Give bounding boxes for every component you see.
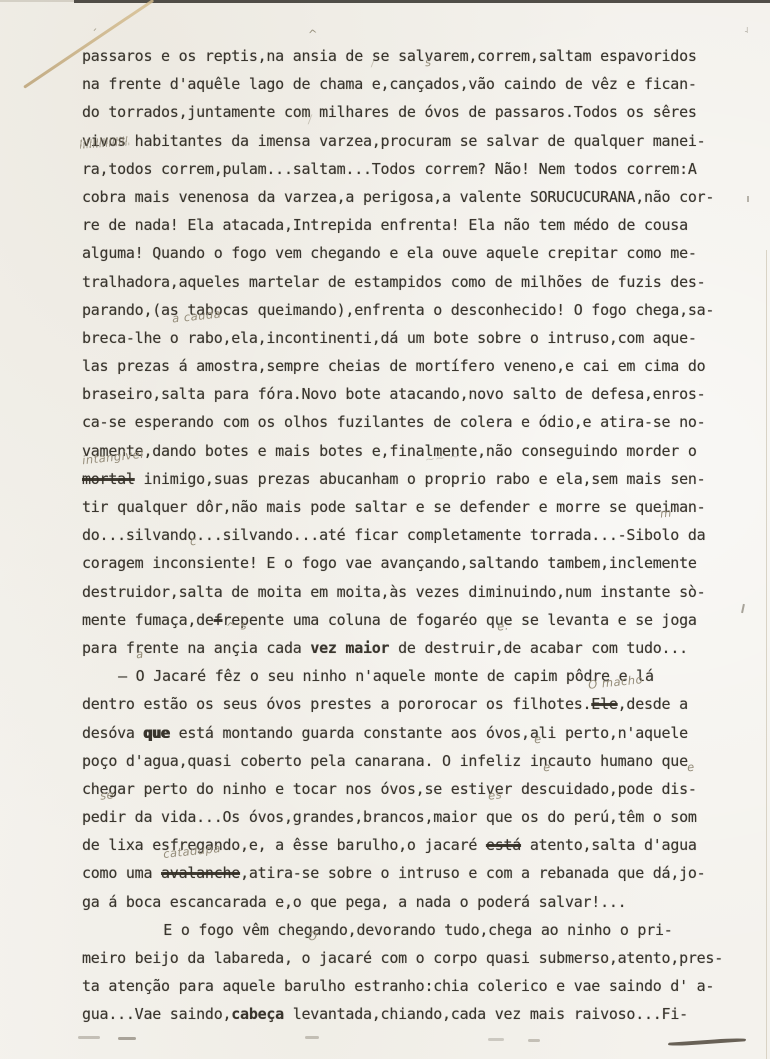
smudge-mark	[305, 1036, 319, 1039]
typed-text: re de nada! Ela atacada,Intrepida enfren…	[82, 216, 688, 234]
text-line: re de nada! Ela atacada,Intrepida enfren…	[82, 211, 758, 239]
typed-text: ca-se esperando com os olhos fuzilantes …	[82, 413, 705, 431]
pencil-annotation: ^	[307, 28, 318, 41]
text-line: vivos habitantes da imensa varzea,procur…	[82, 127, 758, 155]
typed-text: levantada,chiando,cada vez mais raivoso.…	[284, 1005, 688, 1023]
typed-text: destruidor,salta de moita em moita,às ve…	[82, 583, 705, 601]
typed-text: cobra mais venenosa da varzea,a perigosa…	[82, 188, 714, 206]
bottom-ink-stroke	[668, 1037, 746, 1046]
typed-text: está montando guarda constante aos óvos,…	[170, 724, 688, 742]
smudge-mark	[78, 1036, 100, 1039]
typed-text: de lixa esfregando,e, a êsse barulho,o j…	[82, 836, 486, 854]
text-line: — O Jacaré fêz o seu ninho n'aquele mont…	[82, 662, 758, 690]
pencil-annotation: ´	[90, 28, 97, 41]
pencil-annotation: c	[190, 535, 198, 548]
typed-text: gua...Vae saindo,	[82, 1005, 231, 1023]
typed-text: alguma! Quando o fogo vem chegando e ela…	[82, 244, 697, 262]
typed-text: como uma	[82, 864, 161, 882]
typed-text: repente uma coluna de fogaréo que se lev…	[223, 611, 697, 629]
typed-text: tir qualquer dôr,não mais pode saltar e …	[82, 498, 705, 516]
text-line: poço d'agua,quasi coberto pela canarana.…	[82, 747, 758, 775]
struck-word: f	[214, 611, 223, 629]
typed-text: do torrados,juntamente com milhares de ó…	[82, 103, 697, 121]
typed-text: desóva	[82, 724, 143, 742]
typewritten-text: passaros e os reptis,na ansia de se salv…	[82, 42, 758, 1029]
text-line: alguma! Quando o fogo vem chegando e ela…	[82, 239, 758, 267]
text-line: cobra mais venenosa da varzea,a perigosa…	[82, 183, 758, 211]
text-line: braseiro,salta para fóra.Novo bote ataca…	[82, 380, 758, 408]
pencil-annotation: e	[533, 732, 542, 745]
text-line: ra,todos correm,pulam...saltam...Todos c…	[82, 155, 758, 183]
typed-text: pedir da vida...Os óvos,grandes,brancos,…	[82, 808, 697, 826]
text-line: E o fogo vêm chegando,devorando tudo,che…	[82, 916, 758, 944]
typed-text: para frente na ançia cada	[82, 639, 310, 657]
text-line: para frente na ançia cada vez maior de d…	[82, 634, 758, 662]
typed-text: passaros e os reptis,na ansia de se salv…	[82, 47, 697, 65]
pencil-annotation: s	[425, 56, 433, 69]
scan-top-edge	[74, 0, 770, 3]
typed-text: habitantes da imensa varzea,procuram se …	[126, 132, 706, 150]
struck-word: mortal	[82, 470, 135, 488]
typed-text: ,atira-se sobre o intruso e com a rebana…	[240, 864, 705, 882]
text-line: do torrados,juntamente com milhares de ó…	[82, 98, 758, 126]
text-line: tralhadora,aqueles martelar de estampido…	[82, 268, 758, 296]
pencil-annotation: e	[542, 761, 551, 774]
overtyped-word: que	[143, 724, 169, 742]
typed-text: ga á boca escancarada e,o que pega, a na…	[82, 893, 626, 911]
text-line: breca-lhe o rabo,ela,incontinenti,dá um …	[82, 324, 758, 352]
typed-text: breca-lhe o rabo,ela,incontinenti,dá um …	[82, 329, 697, 347]
pencil-annotation: m	[659, 507, 672, 520]
pencil-annotation: se	[99, 788, 114, 801]
pencil-annotation: e	[686, 761, 695, 774]
smudge-mark	[488, 1038, 504, 1041]
struck-word: Ele	[591, 695, 617, 713]
typed-text: poço d'agua,quasi coberto pela canarana.…	[82, 752, 688, 770]
pencil-annotation: es	[488, 788, 503, 801]
text-line: desóva que está montando guarda constant…	[82, 719, 758, 747]
smudge-mark	[528, 1039, 540, 1042]
text-line: ga á boca escancarada e,o que pega, a na…	[82, 888, 758, 916]
text-line: vamente,dando botes e mais botes e,final…	[82, 437, 758, 465]
text-line: pedir da vida...Os óvos,grandes,brancos,…	[82, 803, 758, 831]
typed-text: cabeça	[231, 1005, 284, 1023]
text-line: na frente d'aquêle lago de chama e,cança…	[82, 70, 758, 98]
typed-text: atento,salta d'agua	[521, 836, 697, 854]
typed-text: vez maior	[310, 639, 389, 657]
struck-word: avalanche	[161, 864, 240, 882]
typed-text: chegar perto do ninho e tocar nos óvos,s…	[82, 780, 697, 798]
typed-text: dentro estão os seus óvos prestes a poro…	[82, 695, 591, 713]
typed-text: — O Jacaré fêz o seu ninho n'aquele mont…	[118, 667, 654, 685]
margin-pencil-mark: ˨	[744, 26, 751, 35]
typed-text: mente fumaça,de	[82, 611, 214, 629]
pencil-annotation: O	[307, 930, 318, 943]
typed-text: do...silvando...silvando...até ficar com…	[82, 526, 705, 544]
typed-text: na frente d'aquêle lago de chama e,cança…	[82, 75, 697, 93]
typed-text: ,desde a	[618, 695, 688, 713]
text-line: destruidor,salta de moita em moita,às ve…	[82, 578, 758, 606]
text-line: passaros e os reptis,na ansia de se salv…	[82, 42, 758, 70]
text-line: ta atenção para aquele barulho estranho:…	[82, 972, 758, 1000]
scan-top-edge-light	[0, 0, 74, 2]
typed-text: coragem inconsiente! E o fogo vae avança…	[82, 554, 697, 572]
typed-text: vamente,dando botes e mais botes e,final…	[82, 442, 697, 460]
text-line: tir qualquer dôr,não mais pode saltar e …	[82, 493, 758, 521]
typed-text: ra,todos correm,pulam...saltam...Todos c…	[82, 160, 697, 178]
typed-text: las prezas á amostra,sempre cheias de mo…	[82, 357, 705, 375]
pencil-annotation: e.	[497, 619, 510, 632]
typed-text: E o fogo vêm chegando,devorando tudo,che…	[163, 921, 672, 939]
struck-word: está	[486, 836, 521, 854]
text-line: dentro estão os seus óvos prestes a poro…	[82, 690, 758, 718]
pencil-annotation: ^	[397, 873, 408, 886]
text-line: do...silvando...silvando...até ficar com…	[82, 521, 758, 549]
text-line: como uma avalanche,atira-se sobre o intr…	[82, 859, 758, 887]
pencil-annotation: ^ s	[226, 619, 248, 633]
text-line: mortal inimigo,suas prezas abucanham o p…	[82, 465, 758, 493]
typed-text: meiro beijo da labareda, o jacaré com o …	[82, 949, 723, 967]
typed-text: ta atenção para aquele barulho estranho:…	[82, 977, 714, 995]
text-line: ca-se esperando com os olhos fuzilantes …	[82, 408, 758, 436]
typed-text: tralhadora,aqueles martelar de estampido…	[82, 273, 705, 291]
text-line: gua...Vae saindo,cabeça levantada,chiand…	[82, 1000, 758, 1028]
pencil-scribbled-word: vivos	[82, 132, 126, 150]
text-line: coragem inconsiente! E o fogo vae avança…	[82, 549, 758, 577]
typed-text: braseiro,salta para fóra.Novo bote ataca…	[82, 385, 705, 403]
text-line: chegar perto do ninho e tocar nos óvos,s…	[82, 775, 758, 803]
typed-text: de destruir,de acabar com tudo...	[389, 639, 688, 657]
smudge-mark	[118, 1037, 136, 1040]
text-line: las prezas á amostra,sempre cheias de mo…	[82, 352, 758, 380]
pencil-annotation: a	[136, 648, 145, 661]
typed-text: inimigo,suas prezas abucanham o proprio …	[135, 470, 706, 488]
text-line: meiro beijo da labareda, o jacaré com o …	[82, 944, 758, 972]
text-line: mente fumaça,defrepente uma coluna de fo…	[82, 606, 758, 634]
page-right-edge	[766, 250, 767, 1059]
scanned-page: ˨ passaros e os reptis,na ansia de se sa…	[0, 0, 770, 1059]
pencil-annotation: /	[307, 112, 313, 124]
